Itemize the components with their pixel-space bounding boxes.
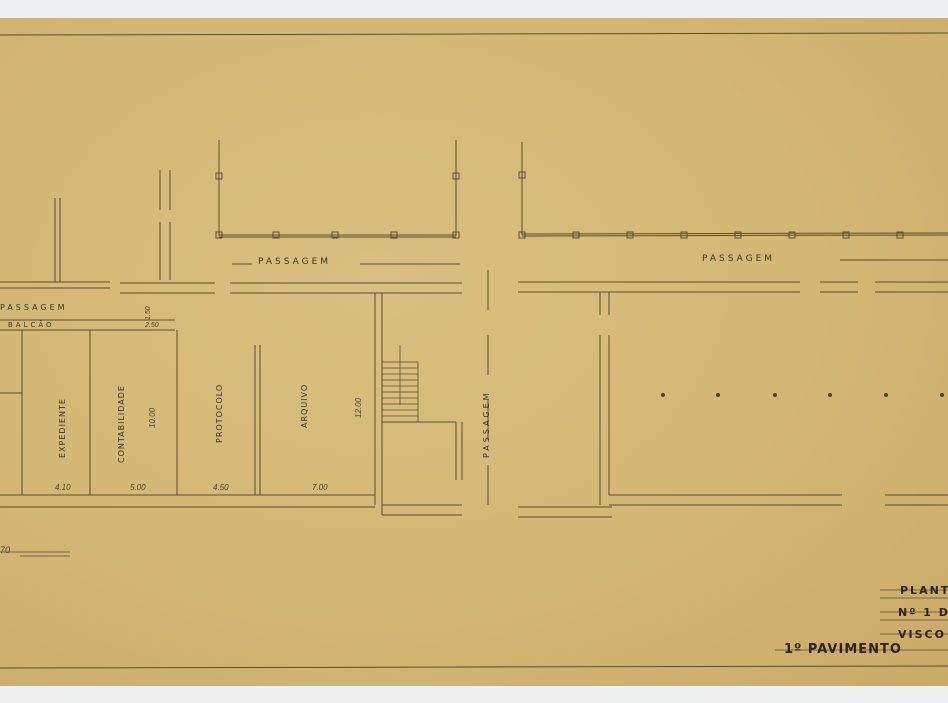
label-passage-top-left: PASSAGEM bbox=[258, 257, 331, 267]
room-label-arquivo: ARQUIVO bbox=[300, 384, 309, 428]
dim-depth-1: 10.00 bbox=[148, 408, 157, 428]
title-line-2: Nº 1 D bbox=[898, 606, 948, 619]
title-floor: 1º PAVIMENTO bbox=[784, 642, 902, 657]
floor-plan-linework bbox=[0, 18, 948, 686]
dim-small-1: 1.50 bbox=[145, 306, 152, 320]
label-passage-vertical: PASSAGEM bbox=[482, 390, 491, 458]
dim-contabilidade-width: 5.00 bbox=[130, 483, 146, 492]
room-label-expediente: EXPEDIENTE bbox=[58, 398, 67, 458]
dim-small-2: 2.50 bbox=[145, 322, 159, 329]
dim-partial-bottom-left: 70 bbox=[0, 545, 10, 555]
title-line-3: VISCO bbox=[898, 628, 946, 641]
label-passage-top-right: PASSAGEM bbox=[702, 254, 775, 264]
dim-protocolo-width: 4.50 bbox=[213, 483, 229, 492]
label-passage-left: PASSAGEM bbox=[0, 303, 68, 312]
dim-arquivo-width: 7.00 bbox=[312, 483, 328, 492]
dim-depth-2: 12.00 bbox=[354, 398, 363, 418]
drawing-sheet: PASSAGEM PASSAGEM PASSAGEM BALCÃO PASSAG… bbox=[0, 18, 948, 686]
room-label-contabilidade: CONTABILIDADE bbox=[117, 385, 126, 463]
title-line-1: PLANT bbox=[900, 584, 948, 597]
room-label-protocolo: PROTOCOLO bbox=[215, 384, 224, 443]
dim-expediente-width: 4.10 bbox=[55, 483, 71, 492]
label-balcony: BALCÃO bbox=[8, 321, 55, 329]
